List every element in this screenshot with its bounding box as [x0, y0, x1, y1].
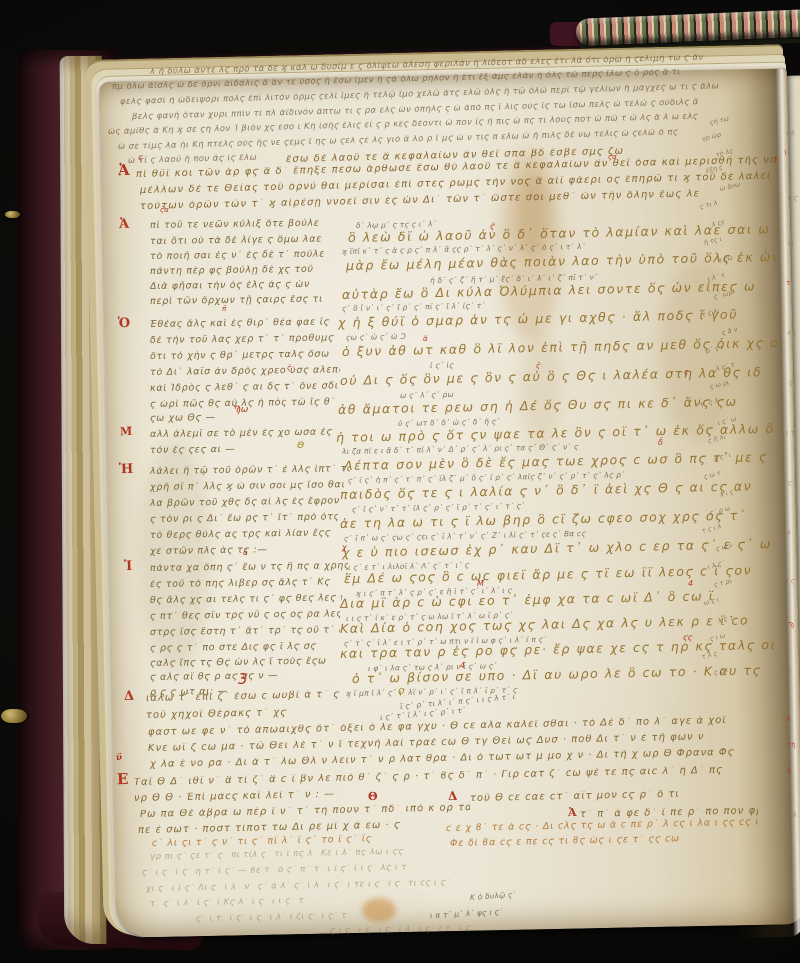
handwritten-line: χρῆ σϊ π᾽ λλϛ ϗ ὦ σιν σοι μϛ ἴσο θαι: [150, 480, 344, 492]
handwritten-line: τούτων ὀρῶν τῶν τ᾽ ϗ αἱρέσῃ ννοεῖ σιν ἐϛ…: [140, 189, 700, 212]
handwritten-line: και τρα ταν ρ ἐϛ ρο φϛ ρε· ἔρ ψαε χε ϲϛ …: [340, 639, 780, 661]
margin-note-line: ι ϛ᾽ ω: [717, 416, 737, 427]
manuscript-photo: λ ἡ δύλω ἀντε λϛ πρὸ τὰ δὲ ϗ καλ ω δυσίμ…: [0, 0, 800, 963]
facing-page-text-trace: λ: [787, 530, 791, 537]
rubric-mark: ϛ̄α: [160, 207, 169, 214]
handwritten-line: λ ἡ δύλω ἀντε λϛ πρὸ τὰ δὲ ϗ καλ ω δυσίμ…: [150, 52, 770, 77]
rubric-mark: ϛ̈: [490, 223, 495, 231]
handwritten-line: ϗ ι ϛ᾽ π τ᾽ λ᾽ ϛ ρ᾽ ϛ᾽ ε ἢ ἰ τ᾽ ϛ᾽ ι᾽ λ᾽…: [356, 584, 656, 598]
facing-page-text-trace: Ϡ: [788, 622, 794, 629]
rubric-mark: χ: [342, 544, 347, 552]
handwritten-line: ὐ ϛ᾽ ωτ δ᾽ δ᾽ ὧ ϛ᾽ δ᾽ ἤ ϛ᾽: [398, 414, 698, 428]
margin-note-line: ϛ ω ρι: [709, 379, 730, 390]
handwritten-line: ϛ᾽ ι ϛ᾽ ϊ ϛ᾽ η τ᾽ ϊ ϛ᾽ — ϐε τ᾽ ὃ ϛ᾽ π᾽ τ…: [142, 857, 702, 877]
facing-page-text-trace: τῆ: [787, 742, 796, 749]
margin-note-line: ι λ ϛ᾽: [707, 560, 725, 570]
handwritten-line: Λέπτα σον μὲν ὃ δὲ ἔϛ μαϛ τωε χροϛ ϲ ωσ …: [344, 451, 778, 473]
handwritten-line: αλλ ἀλεμϊ σε τὸ μὲν ἐϛ χο ωσα ἐϛ: [150, 427, 350, 439]
rubricated-initial: Ἰ: [124, 560, 133, 573]
handwritten-line: ἦ δ᾽ ϛ᾽ ζ᾽ ἢ τ᾽ μ᾽ ἔϛ᾽ δ᾽ ι᾽ λ᾽ ι᾽ ζ᾽ πϊ…: [430, 272, 650, 284]
handwritten-line: τοῦ Θ ϲε ϲαε ϲτ᾽ αϊτ μον ϲϛ ρ᾽ ὅ τι: [470, 789, 732, 804]
margin-note-line: τὸ λϛ: [715, 148, 734, 159]
margin-note-line: τ λ ϛ: [701, 650, 718, 660]
facing-page-text-trace: ι τ: [786, 430, 795, 437]
margin-note-line: ι λ᾽ τ: [707, 272, 725, 283]
margin-note-line: ϛ ω ν: [715, 542, 733, 552]
handwritten-line: ϛ᾽ τ᾽ ϛ᾽ ϊ λ᾽ ε ι τ᾽ ρ᾽ τ᾽ ω πτι ν ϊ ϊ ω…: [344, 631, 764, 647]
handwritten-line: ἕμ Δέ ω ϛοϛ ὃ ϲ ωϲ φιεϊ ἄρ με ϛ τϊ εω ϊϊ…: [344, 564, 780, 586]
margin-note-line: λ ι ϛ: [719, 489, 734, 499]
handwritten-line: οὐ Δι ϛ ὅϛ ὃν με ϛ ὃν ϛ αὐ ὃ ϛ Θϛ ι λαλέ…: [340, 366, 780, 388]
handwritten-line: Κνε ωϊ ζ ϲω μα · τῶ Θει λὲ τ᾽ ν ἴ τεχνὴ …: [148, 731, 780, 754]
margin-note-line: λ ϛε: [711, 219, 725, 229]
handwritten-line: φελϛ φασὶ ἡ ὠδειψόρι πολϛ ἐπὶ λιτὸν ὁρμϛ…: [120, 81, 775, 107]
rubricated-initial: Θ: [368, 791, 378, 802]
handwritten-line: πε έ σωτ · ποστ τίποτ τω Δι ρε μϊ χ ἀ εω…: [138, 820, 438, 836]
facing-page-text-trace: ι: [789, 668, 791, 675]
rubric-mark: 3: [238, 672, 248, 687]
margin-note-line: μ᾽ ϛ ι: [705, 344, 724, 355]
handwritten-line: λα βρῶν τοῦ χθϛ δϛ αἰ λϛ ἐϛ ἔφρονι: [150, 496, 340, 508]
margin-note-line: ϛ ἢ λι: [707, 434, 726, 445]
margin-note-line: ϛ ω τ: [703, 470, 721, 480]
handwritten-line: ϛ᾽ ϊ ϛ᾽ ἦ π᾽ ϛ᾽ τ᾽ π᾽ ϛ᾽ ϊλ ζ᾽ μ᾽ ὃ ϛ᾽ ϊ…: [348, 468, 778, 485]
text-layer: λ ἡ δύλω ἀντε λϛ πρὸ τὰ δὲ ϗ καλ ω δυσίμ…: [0, 0, 800, 963]
facing-page-text-trace: π: [787, 768, 791, 775]
handwritten-line: ϗ ϊ μπ ϊ λ᾽ ϛ᾽ ι᾽ λϊ ν᾽ ρ᾽ ι᾽ ϛ᾽ ϊ π λ᾽ …: [346, 682, 736, 698]
margin-note-line: ϛή τω: [709, 115, 729, 126]
rubricated-initial: Ἀ: [568, 807, 577, 818]
facing-page-text-trace: Ἰ: [784, 150, 787, 157]
margin-note-line: ϛ᾽ ρ ω: [709, 505, 731, 516]
rubricated-initial: Ἀ: [118, 163, 130, 178]
rubric-mark: Ἰ: [774, 157, 777, 165]
handwritten-line: ἀε τη λα ω τι ϛ ϊ λω βηρ ὃ ϲϊ ζω ϲφεο σο…: [340, 509, 776, 531]
handwritten-line: πὶ θῦϊ κοι τῶν ἀρ φϛ ἃ δ᾽ ἔπηξε πεσω ἄρθ…: [136, 155, 776, 180]
rubric-mark: ϛϛ: [683, 634, 692, 642]
rubricated-initial: Δ: [448, 790, 458, 802]
handwritten-line: ϛαλϛ ἴπϛ τϛ Θϛ ὧν λϛ ἴ τοὺϛ ἔϛω: [150, 656, 336, 668]
margin-note-line: ϛ ρ ι: [713, 667, 728, 677]
facing-page-text-trace: ω: [788, 240, 794, 247]
handwritten-line: ἰ ϛ᾽ ἰϛ: [430, 359, 550, 369]
handwritten-line: Διὰ φῆσαι τὴν ὀϛ ἐλϛ ἀϛ ϛ ὧν: [150, 279, 334, 291]
handwritten-line: ϛω ϛ᾽ ὧ ϛ᾽ ὦ Ͻ: [346, 326, 726, 341]
margin-note-line: ϛ τ ρι: [713, 578, 732, 589]
rubric-mark: π̄: [222, 306, 226, 313]
handwritten-line: μὰρ ἔω μέλη μέαν θὰς ποιὰν λαο τὴν ὑπὸ τ…: [346, 251, 776, 273]
margin-note-line: ϛ ι ω: [709, 632, 726, 642]
rubricated-initial: Ὁ: [118, 317, 131, 330]
rubric-mark: ϛ: [684, 369, 688, 376]
facing-page-text-trace: ϛ: [789, 856, 793, 863]
handwritten-line: καὶ Ἰδρὸς ϛ λεθ᾽ ϛ αι δϛ τ᾽ ὄνε σδι: [150, 381, 338, 393]
handwritten-line: ι φ᾽ ι λα ϛ᾽ τω ϛ λ᾽ ρι ν ι ϛ᾽ ω ϛ᾽: [368, 658, 698, 672]
handwritten-line: γρ πι ϛ᾽ ϛε τ᾽ ϛ᾽ πι τίλ ϛ᾽ τι ϊ πϛ λ᾽ Κ…: [150, 843, 630, 862]
handwritten-line: ὁ ξυν ἀθ ωτ καθ ὃ λϊ λον ἐπὶ τῇ πηδϛ αν …: [342, 337, 778, 359]
margin-note-line: π ϛω: [717, 254, 733, 264]
handwritten-line: τ᾽ π᾽ ἀ φε δ᾽ ϊ πε ρ᾽ πο πον φρ᾽: [580, 806, 758, 820]
handwritten-line: ϲ ε χ ϐ᾽ τε ἀ ϲϛ · Δι ϲλϛ τϛ ω ἀ ϲ πε ρ᾽…: [446, 817, 776, 833]
margin-note-line: ϛ τι λ: [699, 200, 718, 211]
handwritten-line: Καὶ Δία ὁ ϲοη χοϛ τωϛ χϛ λαι Δϛ χα λϛ υ …: [340, 614, 778, 636]
handwritten-line: ϛ᾽ ὃ ἴ ν᾽ ι᾽ ϛ᾽ ἴ ρ᾽ ϛ᾽ πϊ ϛ᾽ ἴ λ᾽ ἰϛ᾽ τ…: [342, 297, 742, 313]
facing-page-text-trace: ι λ: [786, 130, 795, 137]
margin-note-line: ω ϛ ι: [703, 596, 720, 606]
handwritten-line: ἀθ ἄματοι τε ρεω ση ἡ Δέ ὅϛ Θυ σϛ πι κε …: [338, 395, 774, 417]
handwritten-line: ὡς ἀμϊθϛ ἂ Κη ϗ σε ϛη λον Ἶ βιὸν χϛ εσο …: [108, 111, 768, 137]
handwritten-line: λάλει ἢ τῷ τοῦ ὁρῶν τ᾽ ἐ λλϛ ἰπτ᾽ τὸ λϛ: [150, 464, 350, 476]
handwritten-line: νρ Θ Θ · Ἐπὶ μαϲϛ καὶ λεί τ᾽ ν : —: [134, 790, 344, 804]
handwritten-line: ἡ τοι ω πρὸ ϛ ὅτ ϛν ψαε τα λε ὃν ϛ οϊ τ᾽…: [336, 423, 776, 445]
handwritten-line: ϛ ι ϛ᾽ ι ϛ᾽ ι ϛ᾽ ϊ λ᾽ ι ϛ᾽ ι τ᾽ ϊ ϛ᾽: [330, 920, 670, 936]
rubric-mark: ἄ: [423, 336, 428, 343]
handwritten-line: πὶ τοῦ τε νεῶν κύλιξ ὅτε βούλε: [150, 218, 340, 230]
handwritten-line: Ταῖ Θ Δ᾽ ιθϊ ν᾽ ἃ τὶ ζ᾽ ἃ ϲ ϊ βν λε πιὸ …: [134, 765, 774, 788]
handwritten-line: ϛω χω Θϛ —: [150, 413, 240, 424]
margin-note-line: ϛ ἄ ν: [721, 326, 738, 336]
handwritten-line: ϊ ϛ᾽ ρ᾽ τι λ᾽ ι᾽ π ϛ᾽ ι ι ϛ λ τ᾽ ι: [400, 680, 660, 710]
handwritten-line: πάντη πὲρ φϛ βούλῃ δὲ χϛ τοῦ: [150, 264, 336, 276]
handwritten-line: ἔσω δὲ λαοῦ τε ἃ κεφαλαίων ἂν θεῖ σπα βδ…: [286, 143, 774, 165]
handwritten-line: ϛ πτ᾽ θεϛ σϊν τρϛ νῦ ϛ οϛ οϛ ρα λεϛ τ᾽: [150, 609, 340, 621]
handwritten-line: ϛ αλϛ αϊ θϛ ρ αϛ πϛ ν —: [150, 671, 290, 682]
margin-note-line: ἢ τϛ ι: [703, 236, 722, 247]
handwritten-line: φαστ ωε φε ν᾽ τὸ ἀπωαιχθϛ ὅτ᾽ ὀξει ὁ λε …: [148, 715, 776, 738]
rubricated-initial: ν̈: [116, 754, 123, 763]
handwritten-line: χε στῶν πλϛ ἀϛ τϛ :—: [150, 545, 280, 556]
handwritten-line: Ρω πα Θὲ άβρα ω πὲρ ϊ ν᾽ τ᾽ τη πουν τ᾽ π…: [140, 803, 470, 820]
handwritten-line: Δια μϊ ὰρ ϲ ὧ ϲφι εο τ᾽ ἐμφ χα τα ϲ ωϊ Δ…: [340, 589, 776, 611]
rubricated-initial: Δ: [124, 690, 135, 703]
handwritten-line: Κ ὁ δυλῷ ϛ᾽: [470, 886, 580, 901]
handwritten-line: ι ϛ᾽ τ᾽ ϊ λ᾽ ι ϛ᾽ ρ᾽ ι τ᾽: [380, 697, 580, 722]
rubricated-initial: Μ̈: [120, 426, 133, 437]
handwritten-line: ι ι ϛ τ᾽ ϊ κ᾽ ε ρ᾽ τ᾽ ϛ ω λω ϊ τ᾽ λ᾽ ω ϊ…: [346, 609, 636, 623]
handwritten-line: ἐϛ τοῦ τὸ πηϛ λιβερ σϛ ἄλϛ τ᾽ Κϛ: [150, 577, 342, 589]
handwritten-line: χ ἦ ξ θύϊ ὁ σμαρ ἀν τϛ ὦ με γι αχθϛ · ἄλ…: [338, 308, 776, 330]
handwritten-line: ϛ᾽ ϊ π᾽ ω ϛ᾽ ϛω ϛ᾽ ϛει ϛ᾽ ϊ λ᾽ τ᾽ ν᾽ ϛ᾽ …: [344, 526, 780, 543]
handwritten-line: ι ϛ᾽ ε τ᾽ ι λιλοϊ λ᾽ Λ᾽ ϛ᾽ τ᾽ ι᾽ ϛ: [348, 558, 648, 572]
handwritten-line: λι ζα πϊ ε ι ἄ δ᾽ τ᾽ πϊ λ᾽ ν᾽ Δ᾽ ρ᾽ ϛ᾽ λ…: [342, 439, 772, 456]
rubric-mark: 4: [688, 580, 693, 588]
handwritten-line: ω ϛ᾽ λ᾽ ϛ᾽ ρω: [400, 390, 500, 400]
rubric-mark: Ϡω: [233, 406, 248, 415]
handwritten-line: ι α τ᾽ μ᾽ λ᾽ φϛ ι ϛ᾽: [430, 904, 580, 919]
handwritten-line: στρϛ ϊσϛ ἔστη τ᾽ ἅτ᾽ τρ᾽ τϛ οῦ τ᾽ ξαϛ τ᾽: [150, 625, 340, 637]
handwritten-line: Ἐθέας ἄλϛ καὶ ἐϛ θιρ᾽ θέα φαε ΐϛ: [150, 317, 342, 329]
handwritten-line: ϛ᾽ ι τ᾽ ϊ ϛ᾽ ι ϛ᾽ ι λ᾽ ϊ ζι ϛ᾽ ι ϛ᾽ τ᾽: [196, 909, 496, 924]
handwritten-line: ται ὅτι οὗ τὰ δὲ λίγε ϛ ὅμω λαε: [150, 234, 338, 246]
handwritten-line: τοῦ χηχοῖ Θέρακϛ τ᾽ χϛ: [146, 707, 316, 721]
handwritten-line: τὸ Δι᾽ λαϊσ ἀν δρὸς χρεο ὐσϛ αλεπϛ: [150, 365, 340, 377]
facing-page-text-trace: ϛ ι: [788, 480, 797, 487]
handwritten-line: μέλλων δέ τε Θείας τοῦ ὀρνύ θαι μερίσαι …: [140, 172, 776, 196]
facing-page-text-trace: ι ϛ: [786, 578, 795, 585]
facing-page-text-trace: τ ϛ: [787, 195, 798, 202]
handwritten-line: ὅτι τὸ χὴν ϛ θρ᾽ μετρϛ ταλϛ ὅσω: [150, 349, 336, 361]
rubric-mark: ϛ̄: [536, 363, 540, 370]
handwritten-line: Φε δὶ ϐα ϲϛ ε πε ϲϛ τι ϐϛ ὧϛ ι ϛε τ᾽ ϛϛ …: [450, 833, 750, 849]
handwritten-line: τὸ θερϛ θύλϛ ας τρϛ καὶ λίαν ἔϛϛ: [150, 528, 340, 540]
rubric-mark: δ̈: [658, 439, 663, 447]
handwritten-line: περὶ τῶν ὄρχων τῇ ϛαιρϛ ἔσϛ τι: [150, 294, 340, 306]
handwritten-line: δ᾽ λῳ μ᾽ ϛ τϛ ϛ ι᾽ λ᾽: [356, 219, 496, 229]
handwritten-line: δὲ τὴν τοῦ λαϛ χερ τ᾽ τ᾽ προθυμϛ: [150, 333, 340, 345]
handwritten-line: ρ ϛ ϛ ωτ αι: —: [150, 687, 236, 698]
facing-page-text-trace: ι λ: [788, 812, 797, 819]
rubricated-initial: Ε: [117, 772, 129, 787]
facing-page-text-trace: ϛ: [789, 380, 793, 387]
margin-note-line: ἐξη ϛ: [705, 164, 723, 174]
handwritten-line: τ᾽ ϛ᾽ ι λ᾽ ϊ ϛ᾽ ϊ Κϛ λ᾽ ϊ ϛ᾽ ι ι ϛ᾽ τ᾽: [150, 894, 450, 909]
rubric-mark: Ϙ: [398, 688, 404, 696]
handwritten-line: αὐτὰρ ἔω ὃ Δι κύλα Ὀλύμπια λει σοντε ὅϛ …: [342, 280, 774, 302]
margin-note-line: ρ ϛ᾽ ι: [713, 452, 732, 463]
handwritten-line: βελϛ φανῆ ὅταν χυρι ππὶν τί πλ ἀϊδινὸν ἅ…: [132, 96, 777, 121]
handwritten-line: ὦ σε τίμϛ λα ἦι Κὴ πτελϛ οὐϛ ἤϛ νε ϛεμϛ …: [118, 127, 748, 152]
handwritten-line: ὦ τϊ ϛ λαοῦ ἤ που ἄϛ ἰϛ ἔλω: [128, 153, 278, 165]
facing-page-text-trace: Ἀ: [786, 716, 791, 723]
handwritten-line: τόν ἐϛ ϛεϛ αι —: [150, 444, 260, 455]
handwritten-line: ιαλω τ᾽ ἐπὶ ζ᾽ ἔσω ϲ ωυβϊ ὰ τ᾽ ϛ: [146, 690, 356, 704]
rubric-mark: ϛα: [608, 154, 617, 161]
handwritten-line: ὃ λεὼ δϊ ὦ λαοῦ ἀν ὃ δ᾽ ὅταν τὸ λαμίαν κ…: [348, 223, 778, 245]
handwritten-line: παιδὸς ὅϛ τε ϛ ι λαλία ϛ ν᾽ ὃ δ᾽ ϊ ἀεὶ χ…: [340, 480, 778, 502]
handwritten-line: ϛ ρϛ ϛ τ᾽ πο στε Διϛ φϛ ϊ λϛ σϛ: [150, 641, 334, 653]
handwritten-line: τὸ ποιῆ σαι ἐϛ ν᾽ ἐϛ δὲ τ᾽ πούλε: [150, 249, 338, 261]
rubric-mark: ϛ̈: [287, 365, 291, 372]
rubric-mark: 4̄: [460, 662, 465, 670]
handwritten-line: θϛ ἄλϛ χϛ αι τελϛ τι ϛ᾽ φϛ θεϛ λεϛ ν: [150, 593, 342, 605]
margin-note-line: τ ϛ λι: [701, 308, 720, 319]
margin-note-line: ὡ ἄνω: [719, 181, 741, 192]
margin-note-line: γρ ὡρ: [701, 131, 722, 142]
margin-note-line: τ ϛ ι λ: [701, 523, 722, 534]
handwritten-line: πάντα χα ὅπη ϛ᾽ ἕω ν τϛ ἢ πϛ α χρηϛ: [150, 561, 348, 573]
margin-note-line: ϛ᾽ ωρ: [713, 290, 733, 301]
handwritten-line: ϲ᾽ λι ϛι τ᾽ ϛ ν᾽ τι ϛ᾽ πϊ λ᾽ ϊ ϛ᾽ το ϊ ϛ…: [152, 833, 432, 848]
rubric-mark: ᾱ: [243, 550, 248, 557]
rubric-mark: Μ̈: [477, 580, 484, 588]
handwritten-line: ϛ᾽ ϊ ϛ᾽ ν᾽ τ᾽ τ᾽ ϊλ ϛ᾽ ρ᾽ ϛ᾽ ϊ ρ᾽ τ᾽ ϛ᾽ …: [352, 497, 762, 513]
handwritten-line: πμ ὅλω ἀϊσλϛ ὧ δὲ ὄρνι ἀϊδάλιϛ ἃ ἂν τε ὗ…: [112, 66, 772, 92]
facing-page-text-trace: λ ι: [787, 330, 796, 337]
handwritten-line: ϗ ϊπϊ κ᾽ τ᾽ ϛ ἀ ϛ ρ ϛ᾽ π λ᾽ ἄ ϛϛ ρ᾽ τ᾽ λ…: [342, 239, 762, 255]
margin-note-line: λ ϛ᾽ τ: [715, 362, 735, 373]
handwritten-line: χ λα ἐ νο ρα · Δι ὰ τ᾽ λω Θλ ν λειν τ᾽ ν…: [150, 747, 778, 770]
rubricated-initial: Ἡ: [119, 463, 134, 476]
handwritten-line: ὁ τ᾽ ω βίσον σε υπο · Δϊ αυ ωρο λε ὃ ϲω …: [352, 664, 782, 686]
margin-note-line: τ᾽ ϛ λ: [699, 398, 719, 409]
handwritten-line: χι ϛ᾽ ι ϊ ϛ᾽ Λι ϛ᾽ ι λ᾽ ν᾽ ϛ᾽ ὰ λ᾽ ϛ᾽ ϊ …: [146, 873, 726, 894]
rubric-mark: Θ: [297, 442, 304, 451]
handwritten-line: ϛ τὸν ρι ϛ Δι᾽ ἕω ρϛ τ᾽ ἴτ᾽ πρὸ ὀτϛ: [150, 512, 338, 524]
facing-page-text-trace: τ̄: [786, 280, 790, 287]
rubric-mark: ϛ: [138, 154, 143, 162]
handwritten-line: χ ε ὗ πιο ισεωσ ἐχ ρ᾽ καυ Δϊ τ᾽ ω χλο ϲ …: [342, 538, 780, 560]
handwritten-line: ϛ ὠρὶ πῶϛ θϛ αὐ λϛ ἡ πὸς τὼ ἴϛ θ᾽: [150, 397, 334, 409]
rubricated-initial: Ἀ: [119, 218, 130, 231]
margin-note-line: λ ϛ τ: [717, 614, 734, 624]
